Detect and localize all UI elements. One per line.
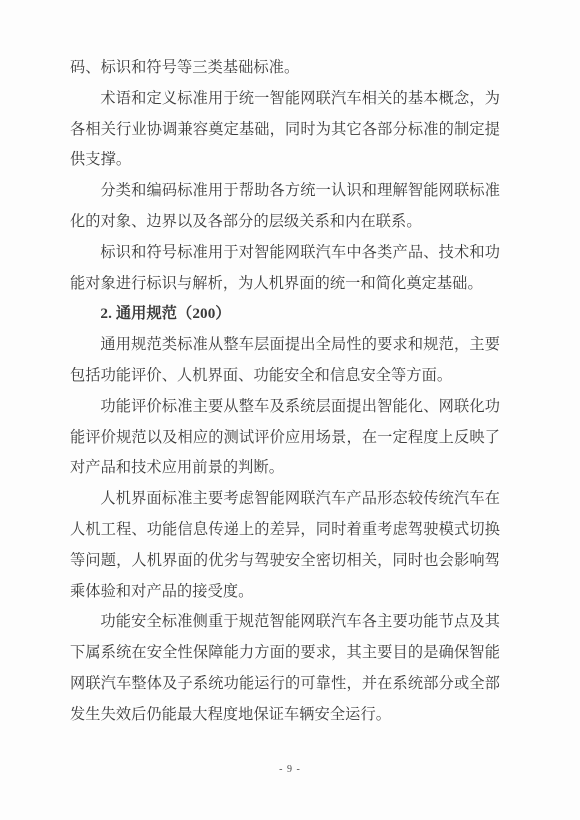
paragraph-basic-standards-continuation: 码、标识和符号等三类基础标准。 — [70, 53, 500, 84]
paragraph-identification-symbols: 标识和符号标准用于对智能网联汽车中各类产品、技术和功能对象进行标识与解析，为人机… — [70, 238, 500, 300]
page-footer: - 9 - — [0, 763, 580, 777]
document-body: 码、标识和符号等三类基础标准。 术语和定义标准用于统一智能网联汽车相关的基本概念… — [70, 53, 500, 731]
paragraph-function-evaluation: 功能评价标准主要从整车及系统层面提出智能化、网联化功能评价规范以及相应的测试评价… — [70, 392, 500, 484]
page-number: - 9 - — [279, 764, 301, 775]
paragraph-human-machine-interface: 人机界面标准主要考虑智能网联汽车产品形态较传统汽车在人机工程、功能信息传递上的差… — [70, 484, 500, 607]
paragraph-general-specifications: 通用规范类标准从整车层面提出全局性的要求和规范，主要包括功能评价、人机界面、功能… — [70, 330, 500, 392]
paragraph-terms-definitions: 术语和定义标准用于统一智能网联汽车相关的基本概念，为各相关行业协调兼容奠定基础，… — [70, 84, 500, 176]
section-heading-general-specifications: 2. 通用规范（200） — [70, 299, 500, 330]
paragraph-classification-coding: 分类和编码标准用于帮助各方统一认识和理解智能网联标准化的对象、边界以及各部分的层… — [70, 176, 500, 238]
paragraph-functional-safety: 功能安全标准侧重于规范智能网联汽车各主要功能节点及其下属系统在安全性保障能力方面… — [70, 607, 500, 730]
document-page: 码、标识和符号等三类基础标准。 术语和定义标准用于统一智能网联汽车相关的基本概念… — [0, 0, 580, 820]
